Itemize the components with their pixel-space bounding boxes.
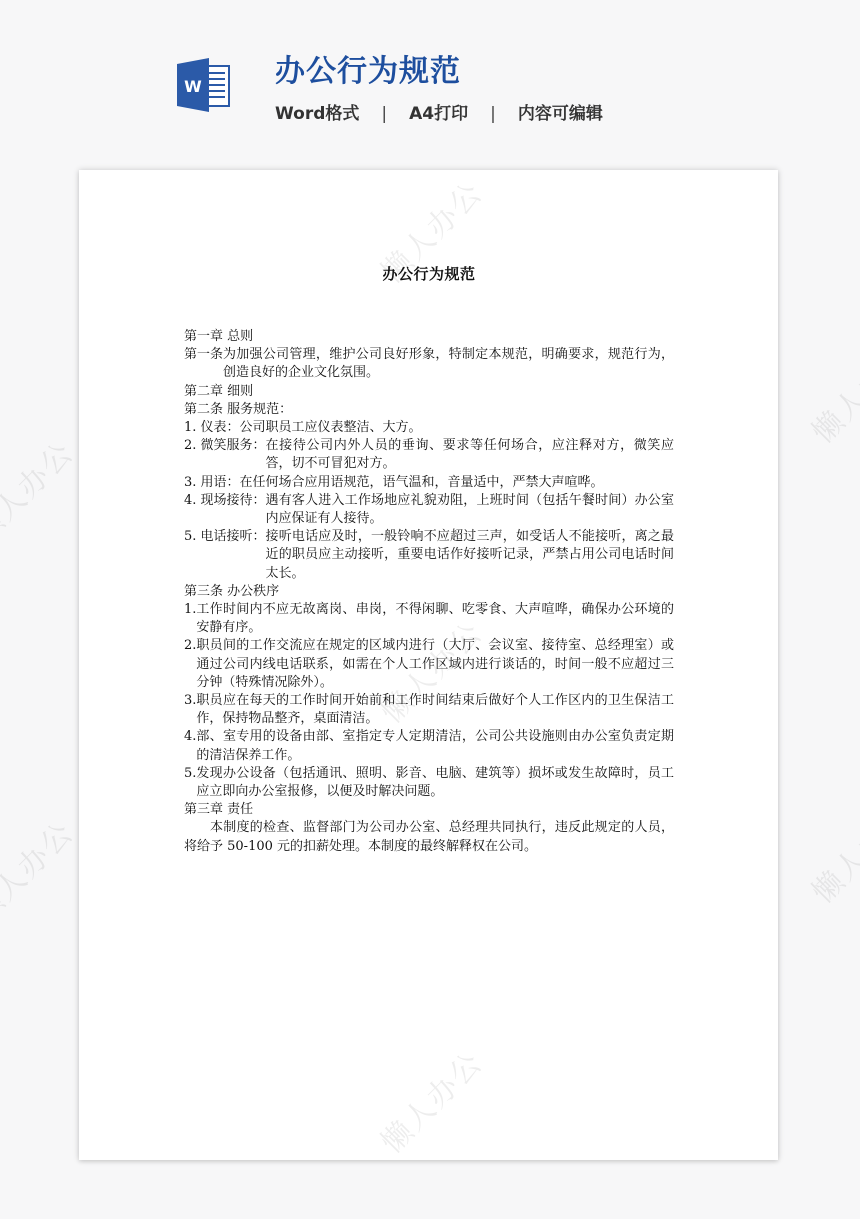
svg-text:W: W <box>184 77 202 96</box>
page-title: 办公行为规范 <box>275 50 461 94</box>
watermark: 懒人办公 <box>800 789 860 911</box>
list-item: 4. 现场接待： 遇有客人进入工作场地应礼貌劝阻，上班时间（包括午餐时间）办公室… <box>184 492 674 528</box>
header: W 办公行为规范 Word格式 | A4打印 | 内容可编辑 <box>0 0 860 160</box>
tag-separator: | <box>381 100 387 128</box>
feature-tags: Word格式 | A4打印 | 内容可编辑 <box>275 100 603 128</box>
article-text: 为加强公司管理，维护公司良好形象，特制定本规范，明确要求，规范行为，创造良好的企… <box>223 346 674 382</box>
article-heading: 第三条 办公秩序 <box>184 583 674 601</box>
list-item: 5. 电话接听： 接听电话应及时，一般铃响不应超过三声，如受话人不能接听，离之最… <box>184 528 674 583</box>
article-heading: 第二条 服务规范： <box>184 401 674 419</box>
list-item-label: 1. 仪表： <box>184 419 240 437</box>
list-item: 1. 工作时间内不应无故离岗、串岗，不得闲聊、吃零食、大声喧哗，确保办公环境的安… <box>184 601 674 637</box>
tag-a4-print: A4打印 <box>409 100 468 128</box>
list-item: 1. 仪表： 公司职员工应仪表整洁、大方。 <box>184 419 674 437</box>
watermark: 懒人办公 <box>800 329 860 451</box>
list-item-text: 发现办公设备（包括通讯、照明、影音、电脑、建筑等）损坏或发生故障时，员工应立即向… <box>196 765 674 801</box>
list-item-label: 4. <box>184 728 196 764</box>
paragraph: 本制度的检查、监督部门为公司办公室、总经理共同执行，违反此规定的人员，将给予 5… <box>184 819 674 855</box>
list-item-text: 遇有客人进入工作场地应礼貌劝阻，上班时间（包括午餐时间）办公室内应保证有人接待。 <box>266 492 674 528</box>
list-item-label: 5. <box>184 765 196 801</box>
list-item-label: 5. 电话接听： <box>184 528 266 583</box>
list-item-label: 2. <box>184 637 196 692</box>
document-page[interactable]: 懒人办公 懒人办公 懒人办公 办公行为规范 第一章 总则 第一条 为加强公司管理… <box>79 170 778 1160</box>
list-item-text: 部、室专用的设备由部、室指定专人定期清洁，公司公共设施则由办公室负责定期的清洁保… <box>196 728 674 764</box>
article: 第一条 为加强公司管理，维护公司良好形象，特制定本规范，明确要求，规范行为，创造… <box>184 346 674 382</box>
list-item: 2. 职员间的工作交流应在规定的区域内进行（大厅、会议室、接待室、总经理室）或通… <box>184 637 674 692</box>
watermark: 懒人办公 <box>0 429 82 551</box>
list-item: 2. 微笑服务： 在接待公司内外人员的垂询、要求等任何场合，应注释对方，微笑应答… <box>184 437 674 473</box>
list-item-label: 3. 用语： <box>184 474 240 492</box>
tag-editable: 内容可编辑 <box>518 100 603 128</box>
list-item-text: 职员间的工作交流应在规定的区域内进行（大厅、会议室、接待室、总经理室）或通过公司… <box>196 637 674 692</box>
list-item-label: 3. <box>184 692 196 728</box>
list-item: 4. 部、室专用的设备由部、室指定专人定期清洁，公司公共设施则由办公室负责定期的… <box>184 728 674 764</box>
list-item: 5. 发现办公设备（包括通讯、照明、影音、电脑、建筑等）损坏或发生故障时，员工应… <box>184 765 674 801</box>
chapter-heading: 第三章 责任 <box>184 801 674 819</box>
document-title: 办公行为规范 <box>184 263 674 285</box>
list-item-text: 公司职员工应仪表整洁、大方。 <box>240 419 674 437</box>
watermark: 懒人办公 <box>0 809 82 931</box>
chapter-heading: 第一章 总则 <box>184 328 674 346</box>
list-item-text: 职员应在每天的工作时间开始前和工作时间结束后做好个人工作区内的卫生保洁工作，保持… <box>196 692 674 728</box>
tag-separator: | <box>490 100 496 128</box>
list-item-label: 2. 微笑服务： <box>184 437 266 473</box>
word-icon: W <box>175 58 231 112</box>
list-item-text: 在接待公司内外人员的垂询、要求等任何场合，应注释对方，微笑应答，切不可冒犯对方。 <box>266 437 674 473</box>
list-item: 3. 用语： 在任何场合应用语规范，语气温和，音量适中，严禁大声喧哗。 <box>184 474 674 492</box>
tag-word-format: Word格式 <box>275 100 359 128</box>
list-item-label: 4. 现场接待： <box>184 492 266 528</box>
list-item-text: 在任何场合应用语规范，语气温和，音量适中，严禁大声喧哗。 <box>240 474 674 492</box>
list-item-text: 工作时间内不应无故离岗、串岗，不得闲聊、吃零食、大声喧哗，确保办公环境的安静有序… <box>196 601 674 637</box>
list-item-label: 1. <box>184 601 196 637</box>
document-body: 第一章 总则 第一条 为加强公司管理，维护公司良好形象，特制定本规范，明确要求，… <box>184 328 674 856</box>
list-item: 3. 职员应在每天的工作时间开始前和工作时间结束后做好个人工作区内的卫生保洁工作… <box>184 692 674 728</box>
article-label: 第一条 <box>184 346 223 382</box>
watermark: 懒人办公 <box>369 1039 491 1160</box>
chapter-heading: 第二章 细则 <box>184 383 674 401</box>
list-item-text: 接听电话应及时，一般铃响不应超过三声，如受话人不能接听，离之最近的职员应主动接听… <box>266 528 674 583</box>
